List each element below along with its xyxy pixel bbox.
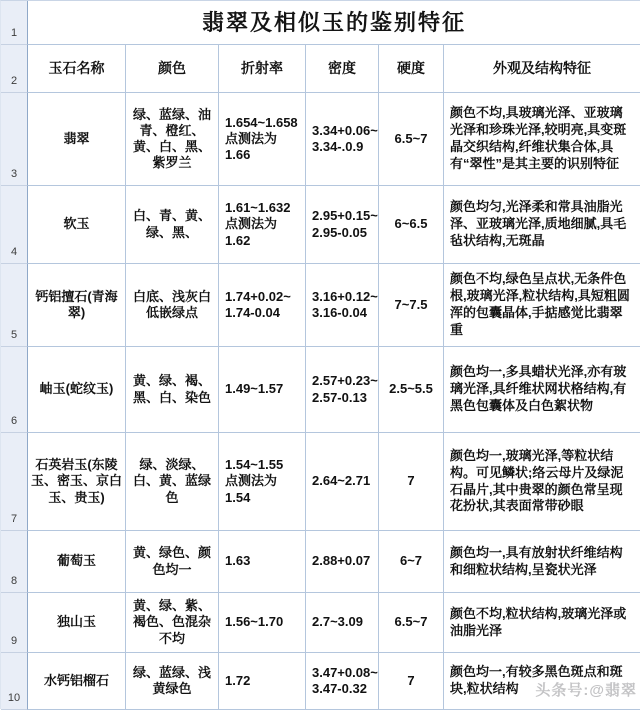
row-number-4: 4 bbox=[1, 186, 28, 264]
cell-features: 颜色不均,粒状结构,玻璃光泽或油脂光泽 bbox=[444, 593, 640, 653]
cell-refractive-index: 1.654~1.658 点测法为 1.66 bbox=[219, 93, 306, 186]
row-number-3: 3 bbox=[1, 93, 28, 186]
row-number-2: 2 bbox=[1, 45, 28, 93]
cell-hardness: 7~7.5 bbox=[379, 264, 444, 347]
cell-refractive-index: 1.61~1.632 点测法为 1.62 bbox=[219, 186, 306, 264]
jade-comparison-sheet: 1 翡翠及相似玉的鉴别特征 2 玉石名称 颜色 折射率 密度 硬度 外观及结构特… bbox=[0, 0, 640, 709]
cell-features: 颜色不均,具玻璃光泽、亚玻璃光泽和珍珠光泽,较明亮,具变斑晶交织结构,纤维状集合… bbox=[444, 93, 640, 186]
row-number-5: 5 bbox=[1, 264, 28, 347]
col-header-hardness: 硬度 bbox=[379, 45, 444, 93]
cell-density: 3.34+0.06~ 3.34-.0.9 bbox=[306, 93, 379, 186]
cell-name: 岫玉(蛇纹玉) bbox=[28, 347, 126, 433]
cell-density: 2.7~3.09 bbox=[306, 593, 379, 653]
cell-refractive-index: 1.56~1.70 bbox=[219, 593, 306, 653]
cell-color: 黄、绿色、颜色均一 bbox=[126, 531, 219, 593]
cell-density: 3.16+0.12~ 3.16-0.04 bbox=[306, 264, 379, 347]
cell-refractive-index: 1.49~1.57 bbox=[219, 347, 306, 433]
cell-refractive-index: 1.72 bbox=[219, 653, 306, 710]
row-number-6: 6 bbox=[1, 347, 28, 433]
cell-name: 钙铝擅石(青海翠) bbox=[28, 264, 126, 347]
row-number-1: 1 bbox=[1, 1, 28, 45]
cell-hardness: 7 bbox=[379, 433, 444, 531]
cell-density: 2.88+0.07 bbox=[306, 531, 379, 593]
cell-name: 翡翠 bbox=[28, 93, 126, 186]
jade-table: 1 翡翠及相似玉的鉴别特征 2 玉石名称 颜色 折射率 密度 硬度 外观及结构特… bbox=[0, 0, 640, 709]
cell-density: 2.95+0.15~ 2.95-0.05 bbox=[306, 186, 379, 264]
cell-features: 颜色均一,具有放射状纤维结构和细粒状结构,呈瓷状光泽 bbox=[444, 531, 640, 593]
cell-density: 2.64~2.71 bbox=[306, 433, 379, 531]
col-header-refractive-index: 折射率 bbox=[219, 45, 306, 93]
cell-hardness: 6~7 bbox=[379, 531, 444, 593]
cell-features: 颜色均一,玻璃光泽,等粒状结构。可见鳞状;络云母片及绿泥石晶片,其中贵翠的颜色常… bbox=[444, 433, 640, 531]
cell-hardness: 6.5~7 bbox=[379, 593, 444, 653]
cell-refractive-index: 1.74+0.02~ 1.74-0.04 bbox=[219, 264, 306, 347]
cell-name: 水钙铝榴石 bbox=[28, 653, 126, 710]
col-header-color: 颜色 bbox=[126, 45, 219, 93]
cell-features: 颜色均一,有较多黑色斑点和斑块,粒状结构 bbox=[444, 653, 640, 710]
cell-features: 颜色均匀,光泽柔和常具油脂光泽、亚玻璃光泽,质地细腻,具毛毡状结构,无斑晶 bbox=[444, 186, 640, 264]
cell-color: 黄、绿、紫、褐色、色混杂不均 bbox=[126, 593, 219, 653]
cell-name: 石英岩玉(东陵玉、密玉、京白玉、贵玉) bbox=[28, 433, 126, 531]
cell-refractive-index: 1.54~1.55 点测法为 1.54 bbox=[219, 433, 306, 531]
cell-hardness: 6~6.5 bbox=[379, 186, 444, 264]
cell-name: 独山玉 bbox=[28, 593, 126, 653]
cell-color: 绿、蓝绿、油青、橙红、黄、白、黑、紫罗兰 bbox=[126, 93, 219, 186]
cell-hardness: 2.5~5.5 bbox=[379, 347, 444, 433]
row-number-10: 10 bbox=[1, 653, 28, 710]
cell-color: 白底、浅灰白低嵌绿点 bbox=[126, 264, 219, 347]
cell-hardness: 6.5~7 bbox=[379, 93, 444, 186]
cell-name: 软玉 bbox=[28, 186, 126, 264]
cell-density: 2.57+0.23~ 2.57-0.13 bbox=[306, 347, 379, 433]
row-number-7: 7 bbox=[1, 433, 28, 531]
col-header-features: 外观及结构特征 bbox=[444, 45, 640, 93]
cell-hardness: 7 bbox=[379, 653, 444, 710]
cell-density: 3.47+0.08~ 3.47-0.32 bbox=[306, 653, 379, 710]
col-header-name: 玉石名称 bbox=[28, 45, 126, 93]
page-title: 翡翠及相似玉的鉴别特征 bbox=[28, 1, 640, 45]
col-header-density: 密度 bbox=[306, 45, 379, 93]
row-number-9: 9 bbox=[1, 593, 28, 653]
cell-color: 白、青、黄、绿、黑、 bbox=[126, 186, 219, 264]
cell-color: 绿、蓝绿、浅黄绿色 bbox=[126, 653, 219, 710]
cell-features: 颜色均一,多具蜡状光泽,亦有玻璃光泽,具纤维状网状格结构,有黑色包囊体及白色絮状… bbox=[444, 347, 640, 433]
cell-color: 黄、绿、褐、黑、白、染色 bbox=[126, 347, 219, 433]
cell-features: 颜色不均,绿色呈点状,无条件色根,玻璃光泽,粒状结构,具短粗圆浑的包囊晶体,手掂… bbox=[444, 264, 640, 347]
row-number-8: 8 bbox=[1, 531, 28, 593]
cell-name: 葡萄玉 bbox=[28, 531, 126, 593]
cell-color: 绿、淡绿、白、黄、蓝绿色 bbox=[126, 433, 219, 531]
cell-refractive-index: 1.63 bbox=[219, 531, 306, 593]
